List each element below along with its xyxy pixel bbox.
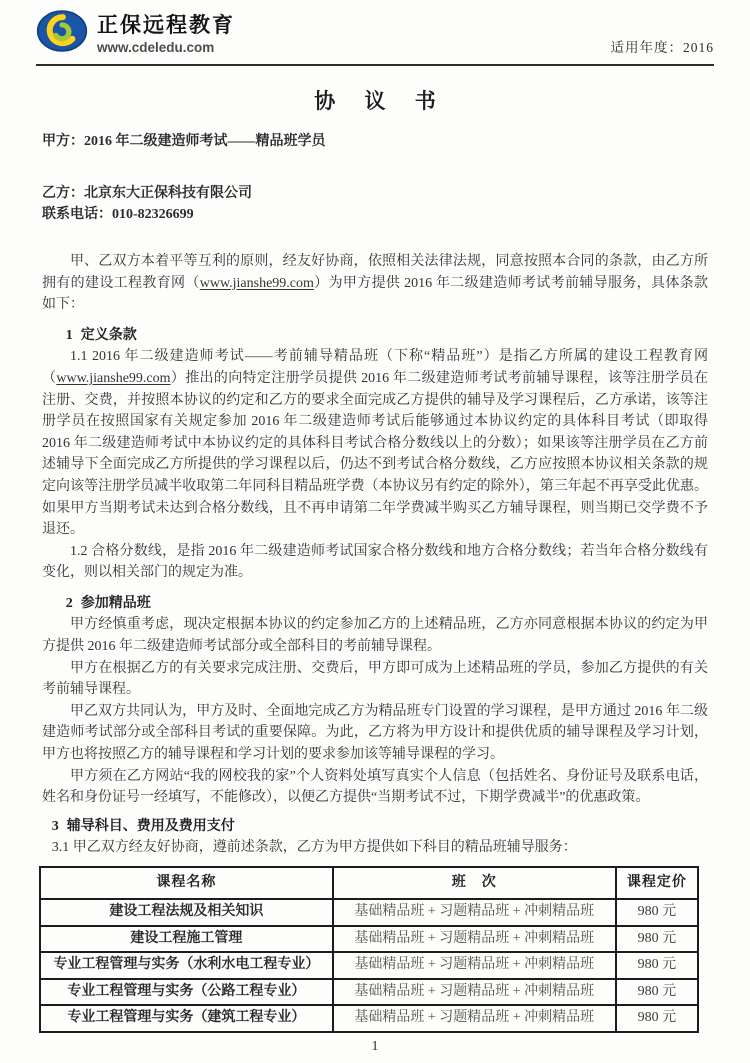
section-3-title: 辅导科目、费用及费用支付	[67, 819, 235, 834]
price-cell: 980 元	[616, 979, 698, 1006]
agreement-document: 正保远程教育 www.cdeledu.com 适用年度：2016 协 议 书 甲…	[0, 0, 750, 1063]
table-row: 建设工程施工管理 基础精品班 + 习题精品班 + 冲刺精品班 980 元	[40, 926, 698, 953]
section-2-number: 2	[66, 596, 73, 611]
section-3-heading: 3辅导科目、费用及费用支付	[42, 816, 708, 838]
course-name-cell: 建设工程法规及相关知识	[40, 899, 333, 926]
brand-block: 正保远程教育 www.cdeledu.com	[36, 9, 235, 61]
course-name-cell: 专业工程管理与实务（公路工程专业）	[40, 979, 333, 1006]
parties-block: 甲方：2016 年二级建造师考试——精品班学员 乙方：北京东大正保科技有限公司 …	[42, 131, 708, 226]
class-type-cell: 基础精品班 + 习题精品班 + 冲刺精品班	[333, 979, 616, 1006]
class-type-cell: 基础精品班 + 习题精品班 + 冲刺精品班	[333, 1005, 616, 1032]
class-type-cell: 基础精品班 + 习题精品班 + 冲刺精品班	[333, 926, 616, 953]
class-type-cell: 基础精品班 + 习题精品班 + 冲刺精品班	[333, 899, 616, 926]
table-row: 建设工程法规及相关知识 基础精品班 + 习题精品班 + 冲刺精品班 980 元	[40, 899, 698, 926]
clause-2-1-paragraph: 甲方经慎重考虑，现决定根据本协议的约定参加乙方的上述精品班，乙方亦同意根据本协议…	[42, 614, 708, 657]
brand-url[interactable]: www.cdeledu.com	[97, 39, 235, 56]
section-2-heading: 2参加精品班	[42, 593, 708, 615]
intro-paragraph: 甲、乙双方本着平等互利的原则，经友好协商，依照相关法律法规，同意按照本合同的条款…	[42, 251, 708, 316]
clause-1-2-paragraph: 1.2 合格分数线，是指 2016 年二级建造师考试国家合格分数线和地方合格分数…	[42, 541, 708, 584]
party-b-line: 乙方：北京东大正保科技有限公司	[42, 183, 708, 205]
clause-2-2-paragraph: 甲方在根据乙方的有关要求完成注册、交费后，甲方即可成为上述精品班的学员，参加乙方…	[42, 658, 708, 701]
brand-name: 正保远程教育	[97, 13, 235, 39]
table-row: 专业工程管理与实务（水利水电工程专业） 基础精品班 + 习题精品班 + 冲刺精品…	[40, 952, 698, 979]
price-cell: 980 元	[616, 926, 698, 953]
course-name-cell: 建设工程施工管理	[40, 926, 333, 953]
section-3-number: 3	[52, 819, 59, 834]
price-header: 课程定价	[616, 867, 698, 899]
page-number: 1	[42, 1036, 708, 1058]
table-header-row: 课程名称 班 次 课程定价	[40, 867, 698, 899]
class-type-cell: 基础精品班 + 习题精品班 + 冲刺精品班	[333, 952, 616, 979]
clause-2-3-paragraph: 甲乙双方共同认为，甲方及时、全面地完成乙方为精品班专门设置的学习课程，是甲方通过…	[42, 701, 708, 766]
table-row: 专业工程管理与实务（公路工程专业） 基础精品班 + 习题精品班 + 冲刺精品班 …	[40, 979, 698, 1006]
clause-1-1-paragraph: 1.1 2016 年二级建造师考试——考前辅导精品班（下称“精品班”）是指乙方所…	[42, 346, 708, 540]
brand-logo-icon	[36, 9, 88, 61]
price-cell: 980 元	[616, 899, 698, 926]
course-name-cell: 专业工程管理与实务（水利水电工程专业）	[40, 952, 333, 979]
document-header: 正保远程教育 www.cdeledu.com 适用年度：2016	[36, 0, 714, 66]
jianshe99-link-2[interactable]: www.jianshe99.com	[56, 371, 170, 386]
course-name-header: 课程名称	[40, 867, 333, 899]
clause-1-1-after: ）推出的向特定注册学员提供 2016 年二级建造师考试考前辅导课程，该等注册学员…	[42, 371, 708, 537]
section-1-heading: 1定义条款	[42, 325, 708, 347]
page-title: 协 议 书	[42, 91, 708, 113]
course-table: 课程名称 班 次 课程定价 建设工程法规及相关知识 基础精品班 + 习题精品班 …	[39, 866, 699, 1033]
section-1-title: 定义条款	[81, 328, 137, 343]
clause-3-1-paragraph: 3.1 甲乙双方经友好协商，遵前述条款，乙方为甲方提供如下科目的精品班辅导服务：	[42, 837, 708, 859]
price-cell: 980 元	[616, 1005, 698, 1032]
clause-2-4-paragraph: 甲方须在乙方网站“我的网校我的家”个人资料处填写真实个人信息（包括姓名、身份证号…	[42, 766, 708, 809]
course-name-cell: 专业工程管理与实务（建筑工程专业）	[40, 1005, 333, 1032]
contact-phone-line: 联系电话：010-82326699	[42, 204, 708, 226]
brand-text: 正保远程教育 www.cdeledu.com	[97, 13, 235, 56]
price-cell: 980 元	[616, 952, 698, 979]
table-row: 专业工程管理与实务（建筑工程专业） 基础精品班 + 习题精品班 + 冲刺精品班 …	[40, 1005, 698, 1032]
section-2-title: 参加精品班	[81, 596, 151, 611]
class-type-header: 班 次	[333, 867, 616, 899]
jianshe99-link[interactable]: www.jianshe99.com	[200, 276, 314, 291]
applicable-year-label: 适用年度：2016	[611, 37, 715, 61]
party-a-line: 甲方：2016 年二级建造师考试——精品班学员	[42, 131, 708, 153]
section-1-number: 1	[66, 328, 73, 343]
